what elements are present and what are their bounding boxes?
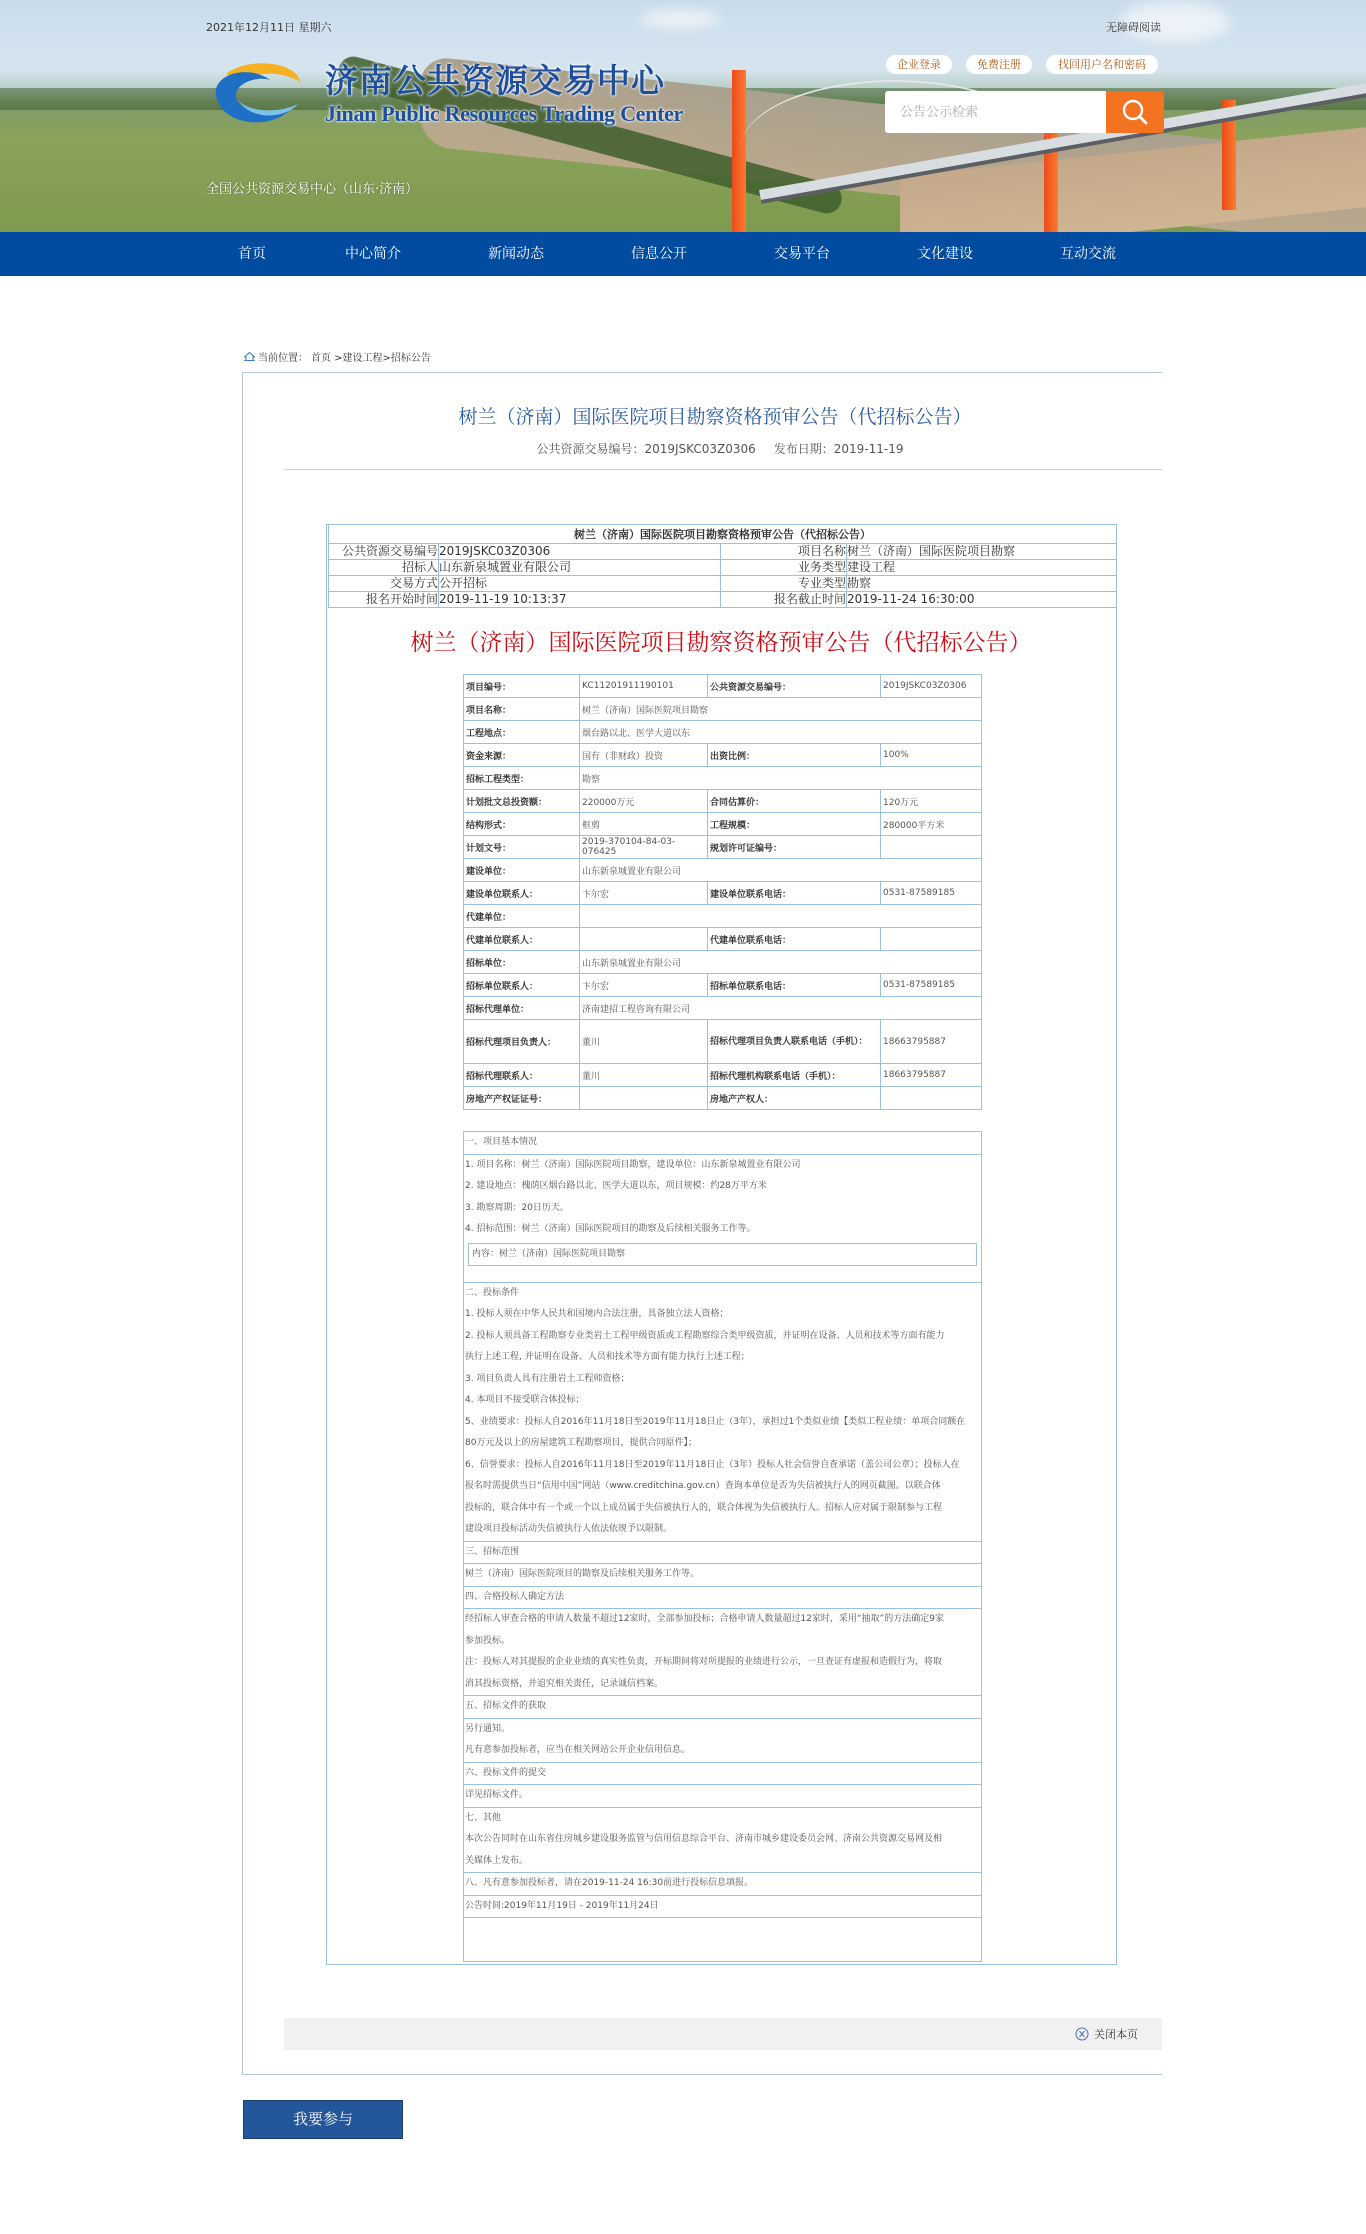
logo-icon <box>208 60 304 126</box>
field-label: 合同估算价： <box>708 790 881 813</box>
field-value: 树兰（济南）国际医院项目勘察 <box>580 698 982 721</box>
field-label: 招标单位联系电话： <box>708 974 881 997</box>
paragraph: 1. 投标人须在中华人民共和国境内合法注册，具备独立法人资格； <box>465 1304 980 1326</box>
summary-value: 2019-11-24 16:30:00 <box>847 592 1117 608</box>
breadcrumb: 当前位置： 首页 >建设工程>招标公告 <box>244 349 431 364</box>
announcement-body: 一、项目基本情况 1. 项目名称：树兰（济南）国际医院项目勘察，建设单位：山东新… <box>463 1131 982 1962</box>
notice-time: 公告时间:2019年11月19日 - 2019年11月24日 <box>465 1896 980 1918</box>
summary-value: 建设工程 <box>847 560 1117 576</box>
paragraph: 树兰（济南）国际医院项目的勘察及后续相关服务工作等。 <box>465 1564 980 1586</box>
section-heading: 七、其他 <box>465 1808 980 1830</box>
field-label: 建设单位联系电话： <box>708 882 881 905</box>
recover-account-link[interactable]: 找回用户名和密码 <box>1046 55 1158 74</box>
field-value <box>580 905 982 928</box>
field-label: 招标工程类型： <box>464 767 580 790</box>
summary-value: 2019JSKC03Z0306 <box>439 544 721 560</box>
field-value: 100% <box>881 744 982 767</box>
free-register-link[interactable]: 免费注册 <box>966 55 1032 74</box>
field-value: 卞尔宏 <box>580 882 708 905</box>
site-title-en: Jinan Public Resources Trading Center <box>325 101 683 127</box>
field-label: 招标单位联系人： <box>464 974 580 997</box>
field-label: 房地产产权证证号： <box>464 1087 580 1110</box>
field-label: 房地产产权人： <box>708 1087 881 1110</box>
section-heading: 四、合格投标人确定方法 <box>465 1587 980 1609</box>
paragraph: 本次公告同时在山东省住房城乡建设服务监管与信用信息综合平台、济南市城乡建设委员会… <box>465 1829 980 1851</box>
field-value: 烟台路以北、医学大道以东 <box>580 721 982 744</box>
field-label: 代建单位： <box>464 905 580 928</box>
enterprise-login-link[interactable]: 企业登录 <box>886 55 952 74</box>
field-label: 项目名称： <box>464 698 580 721</box>
close-circle-icon <box>1075 2027 1089 2041</box>
magnifier-icon <box>1121 98 1149 126</box>
paragraph: 八、凡有意参加投标者，请在2019-11-24 16:30前进行投标信息填报。 <box>465 1873 980 1895</box>
search-input[interactable] <box>885 91 1107 133</box>
paragraph: 3. 勘察周期：20日历天。 <box>465 1198 980 1220</box>
nav-about[interactable]: 中心简介 <box>345 232 401 276</box>
paragraph: 6、信誉要求：投标人自2016年11月18日至2019年11月18日止（3年）投… <box>465 1455 980 1477</box>
field-value: 0531-87589185 <box>881 882 982 905</box>
site-title-cn: 济南公共资源交易中心 <box>325 55 665 102</box>
article-meta: 公共资源交易编号：2019JSKC03Z0306发布日期：2019-11-19 <box>0 440 1366 457</box>
field-value: 董川 <box>580 1020 708 1064</box>
section-heading: 一、项目基本情况 <box>465 1132 980 1154</box>
field-value <box>580 928 708 951</box>
paragraph: 5、业绩要求：投标人自2016年11月18日至2019年11月18日止（3年），… <box>465 1412 980 1434</box>
field-label: 招标代理项目负责人联系电话（手机）： <box>708 1020 881 1064</box>
field-label: 工程地点： <box>464 721 580 744</box>
summary-value: 山东新泉城置业有限公司 <box>439 560 721 576</box>
section-heading: 五、招标文件的获取 <box>465 1696 980 1718</box>
paragraph: 80万元及以上的房屋建筑工程勘察项目，提供合同原件】； <box>465 1433 980 1455</box>
field-value: 2019JSKC03Z0306 <box>881 675 982 698</box>
field-label: 招标代理单位： <box>464 997 580 1020</box>
field-label: 招标代理联系人： <box>464 1064 580 1087</box>
paragraph: 凡有意参加投标者，应当在相关网站公开企业信用信息。 <box>465 1740 980 1762</box>
summary-header: 树兰（济南）国际医院项目勘察资格预审公告（代招标公告） <box>329 525 1117 544</box>
nav-interaction[interactable]: 互动交流 <box>1060 232 1116 276</box>
nav-info-disclosure[interactable]: 信息公开 <box>631 232 687 276</box>
summary-label: 公共资源交易编号 <box>329 544 439 560</box>
field-value: 勘察 <box>580 767 982 790</box>
field-label: 代建单位联系人： <box>464 928 580 951</box>
field-label: 规划许可证编号： <box>708 836 881 859</box>
summary-label: 报名开始时间 <box>329 592 439 608</box>
field-label: 建设单位： <box>464 859 580 882</box>
summary-value: 勘察 <box>847 576 1117 592</box>
nav-culture[interactable]: 文化建设 <box>917 232 973 276</box>
field-label: 结构形式： <box>464 813 580 836</box>
accessible-reading-link[interactable]: 无障碍阅读 <box>1106 19 1161 35</box>
field-value <box>881 928 982 951</box>
paragraph: 1. 项目名称：树兰（济南）国际医院项目勘察，建设单位：山东新泉城置业有限公司 <box>465 1155 980 1177</box>
field-label: 计划批文总投资额： <box>464 790 580 813</box>
field-value <box>580 1087 708 1110</box>
main-nav: 首页 中心简介 新闻动态 信息公开 交易平台 文化建设 互动交流 <box>0 232 1366 276</box>
summary-label: 交易方式 <box>329 576 439 592</box>
site-subtitle: 全国公共资源交易中心（山东·济南） <box>206 178 418 197</box>
field-value: 280000平方米 <box>881 813 982 836</box>
field-value: 220000万元 <box>580 790 708 813</box>
page-title: 树兰（济南）国际医院项目勘察资格预审公告（代招标公告） <box>0 402 1366 429</box>
field-value: 框剪 <box>580 813 708 836</box>
field-value: 济南建招工程咨询有限公司 <box>580 997 982 1020</box>
field-label: 建设单位联系人： <box>464 882 580 905</box>
field-label: 公共资源交易编号： <box>708 675 881 698</box>
paragraph: 另行通知。 <box>465 1719 980 1741</box>
close-bar: 关闭本页 <box>284 2018 1162 2050</box>
close-page-label: 关闭本页 <box>1094 2026 1138 2042</box>
paragraph: 消其投标资格，并追究相关责任，记录诚信档案。 <box>465 1674 980 1696</box>
field-value: 18663795887 <box>881 1064 982 1087</box>
summary-label: 专业类型 <box>721 576 847 592</box>
home-icon <box>244 352 255 361</box>
search-button[interactable] <box>1106 91 1164 133</box>
field-value <box>881 1087 982 1110</box>
publish-date: 发布日期：2019-11-19 <box>774 442 904 456</box>
field-label: 项目编号： <box>464 675 580 698</box>
field-value: 国有（非财政）投资 <box>580 744 708 767</box>
paragraph: 执行上述工程, 并证明在设备、人员和技术等方面有能力执行上述工程； <box>465 1347 980 1369</box>
field-label: 招标代理机构联系电话（手机）： <box>708 1064 881 1087</box>
field-label: 计划文号： <box>464 836 580 859</box>
field-value: 山东新泉城置业有限公司 <box>580 951 982 974</box>
paragraph: 关媒体上发布。 <box>465 1851 980 1873</box>
paragraph: 参加投标。 <box>465 1631 980 1653</box>
field-value: 2019-370104-84-03-076425 <box>580 836 708 859</box>
summary-value: 公开招标 <box>439 576 721 592</box>
paragraph: 报名时需提供当日“信用中国”网站（www.creditchina.gov.cn）… <box>465 1476 980 1498</box>
document-title: 树兰（济南）国际医院项目勘察资格预审公告（代招标公告） <box>0 624 1366 657</box>
nav-home[interactable]: 首页 <box>238 232 266 276</box>
breadcrumb-path[interactable]: 首页 >建设工程>招标公告 <box>311 349 431 364</box>
field-value: 董川 <box>580 1064 708 1087</box>
field-label: 招标单位： <box>464 951 580 974</box>
current-date: 2021年12月11日 星期六 <box>206 19 332 35</box>
trade-code: 公共资源交易编号：2019JSKC03Z0306 <box>536 442 755 456</box>
paragraph: 注：投标人对其提报的企业业绩的真实性负责，开标期间将对所提报的业绩进行公示，一旦… <box>465 1652 980 1674</box>
field-value: 0531-87589185 <box>881 974 982 997</box>
field-value: 山东新泉城置业有限公司 <box>580 859 982 882</box>
paragraph: 4. 本项目不接受联合体投标； <box>465 1390 980 1412</box>
paragraph: 详见招标文件。 <box>465 1785 980 1807</box>
paragraph: 2. 投标人须具备工程勘察专业类岩土工程甲级资质或工程勘察综合类甲级资质，并证明… <box>465 1326 980 1348</box>
section-heading: 三、招标范围 <box>465 1542 980 1564</box>
paragraph: 建设项目投标活动失信被执行人依法依规予以限制。 <box>465 1519 980 1541</box>
field-value: KC11201911190101 <box>580 675 708 698</box>
section-heading: 六、投标文件的提交 <box>465 1763 980 1785</box>
paragraph: 经招标人审查合格的申请人数量不超过12家时，全部参加投标；合格申请人数量超过12… <box>465 1609 980 1631</box>
nav-trading-platform[interactable]: 交易平台 <box>774 232 830 276</box>
paragraph: 4. 招标范围：树兰（济南）国际医院项目的勘察及后续相关服务工作等。 <box>465 1219 980 1241</box>
summary-label: 业务类型 <box>721 560 847 576</box>
summary-label: 项目名称 <box>721 544 847 560</box>
section-heading: 二、投标条件 <box>465 1283 980 1305</box>
summary-table: 树兰（济南）国际医院项目勘察资格预审公告（代招标公告） 公共资源交易编号 201… <box>328 524 1117 608</box>
field-label: 资金来源： <box>464 744 580 767</box>
paragraph: 2. 建设地点：槐荫区烟台路以北、医学大道以东，项目规模：约28万平方米 <box>465 1176 980 1198</box>
paragraph: 投标的，联合体中有一个或一个以上成员属于失信被执行人的，联合体视为失信被执行人。… <box>465 1498 980 1520</box>
field-label: 工程规模： <box>708 813 881 836</box>
field-label: 代建单位联系电话： <box>708 928 881 951</box>
close-page-button[interactable]: 关闭本页 <box>1075 2026 1138 2042</box>
field-value <box>881 836 982 859</box>
join-button[interactable]: 我要参与 <box>243 2100 403 2139</box>
field-value: 120万元 <box>881 790 982 813</box>
field-value: 卞尔宏 <box>580 974 708 997</box>
title-divider <box>284 469 1162 470</box>
summary-label: 招标人 <box>329 560 439 576</box>
project-info-table: 项目编号： KC11201911190101 公共资源交易编号： 2019JSK… <box>463 674 982 1110</box>
field-label: 招标代理项目负责人： <box>464 1020 580 1064</box>
breadcrumb-label: 当前位置： <box>258 349 308 364</box>
summary-label: 报名截止时间 <box>721 592 847 608</box>
nav-news[interactable]: 新闻动态 <box>488 232 544 276</box>
field-label: 出资比例： <box>708 744 881 767</box>
field-value: 18663795887 <box>881 1020 982 1064</box>
summary-value: 2019-11-19 10:13:37 <box>439 592 721 608</box>
search-box <box>885 91 1107 133</box>
summary-value: 树兰（济南）国际医院项目勘察 <box>847 544 1117 560</box>
content-box: 内容：树兰（济南）国际医院项目勘察 <box>468 1243 977 1266</box>
paragraph: 3. 项目负责人具有注册岩土工程师资格； <box>465 1369 980 1391</box>
